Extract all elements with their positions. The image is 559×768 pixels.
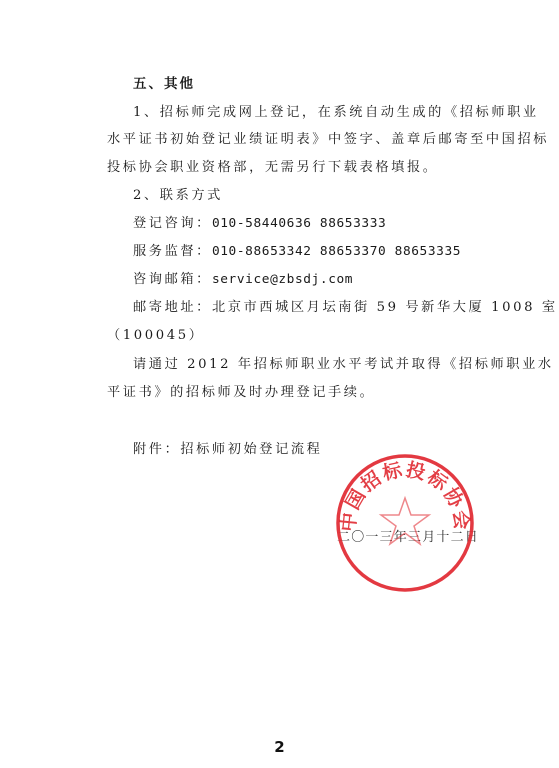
contact-value: 010-88653342 88653370 88653335: [212, 244, 461, 259]
contact-label: 服务监督：: [133, 244, 212, 259]
contact-title: 2、联系方式: [133, 186, 223, 206]
item1-line-3: 投标协会职业资格部，无需另行下载表格填报。: [107, 158, 439, 178]
contact-address: 邮寄地址：北京市西城区月坛南街 59 号新华大厦 1008 室: [133, 298, 558, 318]
document-page: 五、其他 1、招标师完成网上登记，在系统自动生成的《招标师职业 水平证书初始登记…: [0, 0, 559, 768]
attachment-note: 附件：招标师初始登记流程: [133, 440, 322, 460]
contact-email: 咨询邮箱：service@zbsdj.com: [133, 270, 353, 290]
email-link[interactable]: service@zbsdj.com: [212, 272, 353, 287]
seal-text: 中国招标投标协会: [336, 458, 473, 533]
contact-label: 邮寄地址：: [133, 300, 212, 315]
contact-registration: 登记咨询：010-58440636 88653333: [133, 214, 386, 234]
page-number: 2: [0, 738, 559, 756]
notice-line-1: 请通过 2012 年招标师职业水平考试并取得《招标师职业水: [133, 355, 554, 375]
document-date: 二〇一三年三月十二日: [337, 526, 479, 545]
notice-line-2: 平证书》的招标师及时办理登记手续。: [107, 383, 375, 403]
postcode: （100045）: [107, 326, 205, 346]
item1-line-2: 水平证书初始登记业绩证明表》中签字、盖章后邮寄至中国招标: [107, 130, 549, 150]
svg-text:中国招标投标协会: 中国招标投标协会: [336, 458, 473, 533]
contact-label: 登记咨询：: [133, 216, 212, 231]
item1-line-1: 1、招标师完成网上登记，在系统自动生成的《招标师职业: [133, 103, 539, 123]
official-seal-icon: 中国招标投标协会: [334, 452, 476, 594]
section-heading: 五、其他: [133, 74, 195, 94]
contact-value: 010-58440636 88653333: [212, 216, 386, 231]
contact-supervision: 服务监督：010-88653342 88653370 88653335: [133, 242, 461, 262]
contact-value: 北京市西城区月坛南街 59 号新华大厦 1008 室: [212, 300, 558, 315]
contact-label: 咨询邮箱：: [133, 272, 212, 287]
